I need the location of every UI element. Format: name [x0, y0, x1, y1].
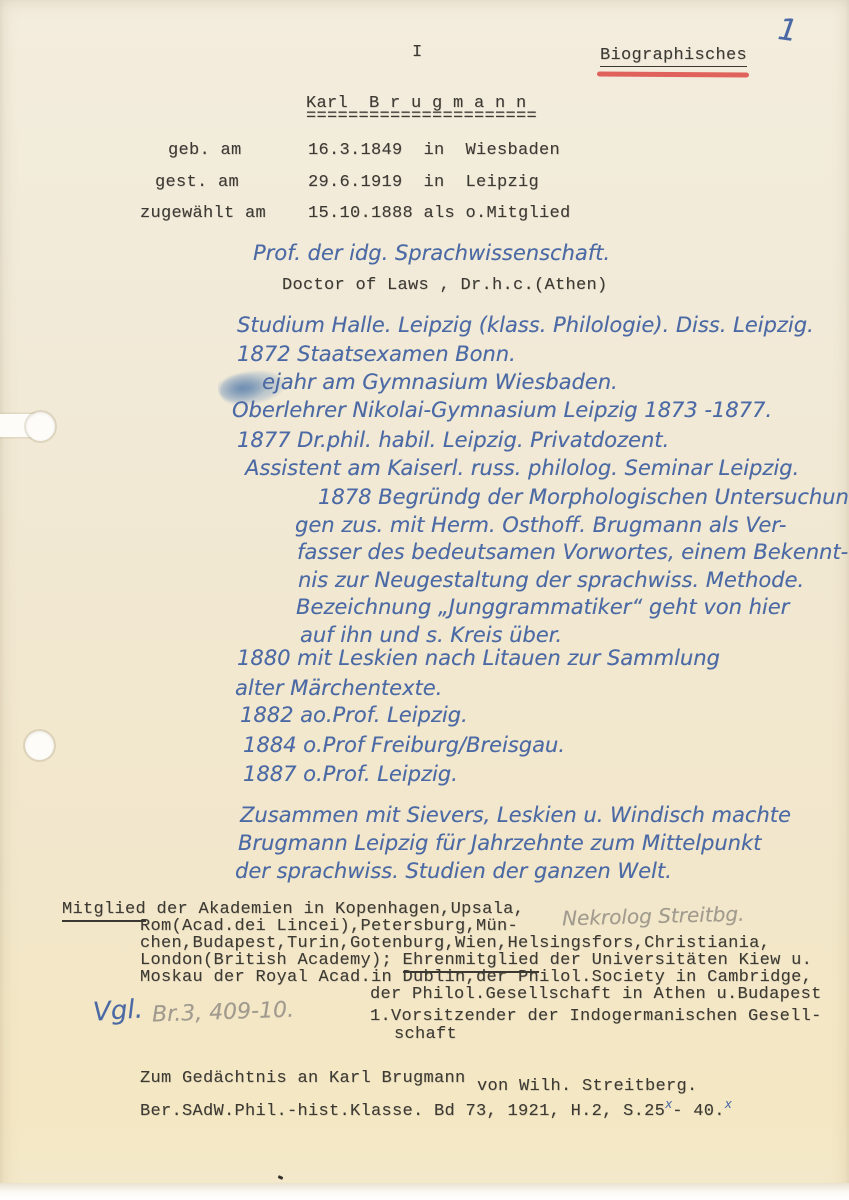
person-name-underline: ====================== — [306, 108, 537, 125]
section-number: I — [412, 44, 423, 61]
handwritten-line: ejahr am Gymnasium Wiesbaden. — [262, 372, 618, 393]
membership-line: Moskau der Royal Acad.in Dublin,der Phil… — [140, 969, 812, 986]
paper-speck — [278, 1175, 284, 1180]
memorial-title: Zum Gedächtnis an Karl Brugmann — [140, 1070, 466, 1087]
handwritten-line: alter Märchentexte. — [235, 678, 442, 699]
membership-line: Rom(Acad.dei Lincei),Petersburg,Mün- — [140, 918, 518, 935]
punch-hole-top — [26, 412, 55, 441]
handwritten-page-number: 1 — [776, 15, 799, 47]
handwritten-line: Assistent am Kaiserl. russ. philolog. Se… — [245, 458, 799, 479]
died-label: gest. am — [155, 174, 239, 191]
memorial-author: von Wilh. Streitberg. — [477, 1078, 698, 1095]
born-label: geb. am — [168, 142, 242, 159]
born-value: 16.3.1849 in Wiesbaden — [308, 142, 560, 159]
handwritten-line: 1872 Staatsexamen Bonn. — [237, 344, 516, 365]
handwritten-line: Brugmann Leipzig für Jahrzehnte zum Mitt… — [238, 833, 761, 854]
handwritten-line: fasser des bedeutsamen Vorwortes, einem … — [297, 542, 848, 563]
citation-text: - 40. — [672, 1102, 725, 1121]
elected-value: 15.10.1888 als o.Mitglied — [308, 205, 571, 222]
handwritten-line: 1887 o.Prof. Leipzig. — [243, 764, 458, 785]
ink-mark-superscript: x — [725, 1097, 732, 1111]
degrees-line: Doctor of Laws , Dr.h.c.(Athen) — [282, 277, 608, 294]
membership-line: chen,Budapest,Turin,Gotenburg,Wien,Helsi… — [140, 935, 770, 952]
margin-note-vgl: Vgl. — [92, 996, 143, 1025]
scanned-document-page: I Biographisches 1 Karl B r u g m a n n … — [0, 0, 849, 1200]
page-heading-text: Biographisches — [600, 46, 747, 67]
handwritten-line: Zusammen mit Sievers, Leskien u. Windisc… — [240, 805, 791, 826]
handwritten-line: 1880 mit Leskien nach Litauen zur Sammlu… — [237, 648, 720, 669]
membership-line: der Philol.Gesellschaft in Athen u.Budap… — [370, 986, 822, 1003]
chairman-line: 1.Vorsitzender der Indogermanischen Gese… — [370, 1008, 822, 1025]
page-heading: Biographisches — [600, 46, 747, 64]
died-value: 29.6.1919 in Leipzig — [308, 174, 539, 191]
handwritten-profession: Prof. der idg. Sprachwissenschaft. — [253, 243, 610, 264]
elected-label: zugewählt am — [140, 205, 266, 222]
punch-hole-bottom — [25, 731, 54, 760]
membership-line: London(British Academy); Ehrenmitglied d… — [140, 952, 812, 969]
handwritten-line: gen zus. mit Herm. Osthoff. Brugmann als… — [295, 515, 786, 536]
ink-mark-superscript: x — [665, 1097, 672, 1111]
handwritten-line: Studium Halle. Leipzig (klass. Philologi… — [237, 315, 814, 336]
handwritten-line: auf ihn und s. Kreis über. — [300, 625, 562, 646]
red-pencil-underline — [597, 71, 749, 77]
pencil-annotation: Nekrolog Streitbg. — [562, 904, 745, 929]
chairman-line: schaft — [394, 1026, 457, 1043]
citation-text: Ber.SAdW.Phil.-hist.Klasse. Bd 73, 1921,… — [140, 1102, 665, 1121]
citation-line: Ber.SAdW.Phil.-hist.Klasse. Bd 73, 1921,… — [140, 1103, 732, 1120]
handwritten-line: Oberlehrer Nikolai-Gymnasium Leipzig 187… — [232, 400, 772, 421]
handwritten-line: der sprachwiss. Studien der ganzen Welt. — [235, 861, 672, 882]
handwritten-line: 1884 o.Prof Freiburg/Breisgau. — [243, 735, 565, 756]
pencil-reference: Br.3, 409-10. — [152, 1000, 295, 1027]
membership-line: Mitglied der Akademien in Kopenhagen,Ups… — [62, 901, 524, 918]
handwritten-line: nis zur Neugestaltung der sprachwiss. Me… — [298, 570, 804, 591]
mitglied-underlined: Mitglied — [62, 900, 146, 922]
handwritten-line: 1877 Dr.phil. habil. Leipzig. Privatdoze… — [237, 430, 669, 451]
handwritten-line: Bezeichnung „Junggrammatiker“ geht von h… — [296, 597, 789, 618]
handwritten-line: 1882 ao.Prof. Leipzig. — [240, 705, 468, 726]
scan-edge — [0, 1183, 849, 1200]
handwritten-line: 1878 Begründg der Morphologischen Unters… — [318, 487, 849, 508]
